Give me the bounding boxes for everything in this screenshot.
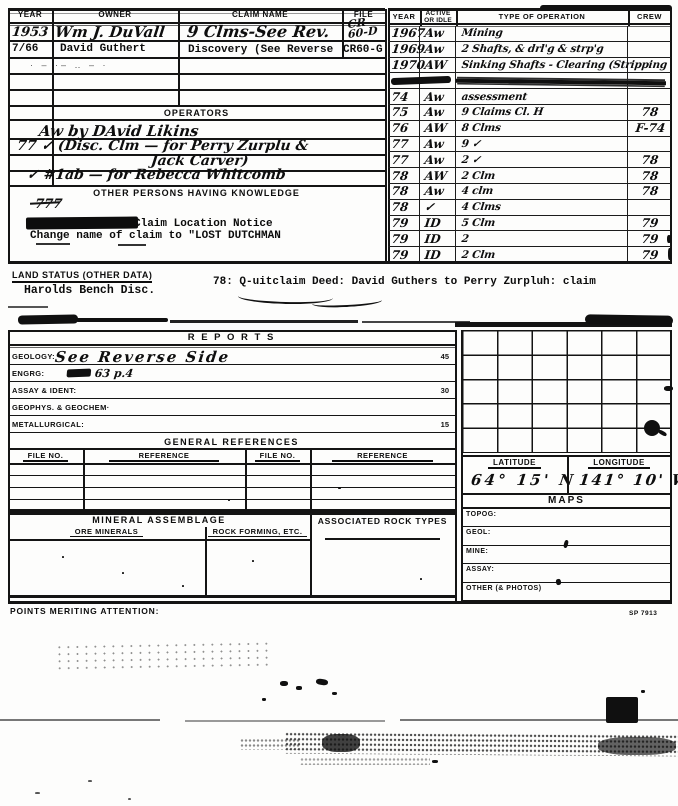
maps-row-label: ASSAY:: [466, 566, 494, 573]
operation-row: 75 Aw 9 Claims Cl. H 78: [388, 105, 671, 121]
rule: [8, 448, 455, 450]
scan-smudge: [598, 737, 676, 755]
land-status-value: Harolds Bench Disc.: [24, 284, 155, 297]
report-row: GEOLOGY: See Reverse Side 45: [8, 348, 455, 365]
operations-rows: 1967 Aw Mining 1969 Aw 2 Shafts, & drl'g…: [388, 26, 671, 263]
status-cell: Aw: [424, 155, 444, 165]
speck: [338, 487, 341, 489]
column-divider: [420, 9, 422, 26]
crew-cell: 78: [641, 107, 659, 117]
status-cell: AW: [424, 171, 447, 181]
maps-row: ASSAY:: [462, 564, 671, 582]
speck: [641, 690, 645, 693]
scan-speckle-band: [240, 738, 300, 750]
land-status-note: 78: Q-uitclaim Deed: David Guthers to Pe…: [213, 276, 596, 288]
table-border: [385, 9, 387, 262]
year-cell: 1969: [391, 44, 426, 54]
rock-forming-text: ROCK FORMING, ETC.: [208, 527, 308, 537]
scan-smudge: [332, 692, 337, 695]
latitude-label: LATITUDE: [462, 458, 567, 469]
operation-row: 76 AW 8 Clms F-74: [388, 121, 671, 137]
scan-smudge: [316, 678, 329, 686]
other-persons-title: OTHER PERSONS HAVING KNOWLEDGE: [8, 188, 385, 198]
operation-cell: 2: [461, 234, 469, 244]
scan-mark: [36, 243, 70, 245]
black-square-artifact: [606, 697, 638, 723]
operation-cell: 9 ✓: [461, 139, 481, 149]
column-divider: [310, 513, 312, 596]
claim-row-file: CR 60-D: [348, 16, 379, 40]
genref-header-reference: REFERENCE: [310, 451, 455, 462]
status-cell: Aw: [424, 92, 444, 102]
operation-row: [388, 73, 671, 89]
ore-minerals-header: ORE MINERALS: [8, 527, 205, 537]
rule: [8, 119, 385, 121]
operation-row: 78 ✓ 4 Clms: [388, 200, 671, 216]
report-value: See Reverse Side: [54, 348, 231, 366]
crew-cell: 79: [641, 234, 659, 244]
year-cell: 1967: [391, 28, 426, 38]
margin-number: 30: [441, 386, 449, 395]
operation-row: 1970 AW Sinking Shafts - Clearing (Strip…: [388, 58, 671, 74]
column-divider: [342, 9, 344, 57]
longitude-label: LONGITUDE: [567, 458, 671, 469]
reports-rows: GEOLOGY: See Reverse Side 45 ENGRG: 63 p…: [8, 348, 455, 433]
claim-table-header-owner: OWNER: [52, 10, 178, 19]
column-divider: [567, 456, 569, 493]
operation-cell: 5 Clm: [461, 218, 496, 228]
rule: [8, 40, 385, 42]
rename-claim-line: Change name of claim to "LOST DUTCHMAN: [30, 230, 281, 242]
operation-row: 77 Aw 9 ✓: [388, 137, 671, 153]
report-row: METALLURGICAL: 15: [8, 416, 455, 433]
operations-header-status: ACTIVE OR IDLE: [420, 10, 456, 24]
year-cell: 1970: [391, 60, 426, 70]
crew-cell: 79: [641, 218, 659, 228]
claim-row-year: 7/66: [12, 43, 38, 55]
operation-cell: 4 clm: [461, 186, 494, 196]
form-number: SP 7913: [629, 610, 657, 617]
crew-cell: 78: [641, 186, 659, 196]
scan-smudge: [296, 686, 302, 690]
scan-smudge: [585, 314, 673, 326]
operation-row: 79 ID 2 79: [388, 231, 671, 247]
report-row: ENGRG: 63 p.4: [8, 365, 455, 382]
speck: [62, 556, 64, 558]
crew-cell: 78: [641, 171, 659, 181]
scan-smudge: [76, 318, 168, 322]
reports-title: R E P O R T S: [8, 332, 455, 343]
scan-line: [0, 719, 160, 721]
scan-mark: [118, 244, 146, 246]
genref-header-text: REFERENCE: [332, 451, 433, 462]
speck: [35, 792, 40, 794]
year-cell: 78: [391, 171, 409, 181]
speck: [228, 499, 230, 501]
year-cell: 78: [391, 202, 409, 212]
operators-line: ✓ #1ab — for Rebecca Whitcomb: [26, 167, 287, 183]
latitude-value: 64° 15' N: [470, 471, 577, 489]
claim-row-file: CR60-G: [343, 44, 383, 56]
report-label: ASSAY & IDENT:: [12, 386, 76, 395]
rule: [8, 185, 385, 187]
report-label: METALLURGICAL:: [12, 420, 84, 429]
genref-header-reference: REFERENCE: [83, 451, 245, 462]
operation-cell: 9 Claims Cl. H: [461, 107, 544, 117]
speck: [432, 760, 438, 763]
genref-header-text: FILE NO.: [23, 451, 69, 462]
scan-speckle: [300, 757, 430, 765]
maps-row-label: GEOL:: [466, 529, 491, 536]
status-cell: ✓: [424, 202, 435, 212]
speck: [420, 578, 422, 580]
claim-row-owner: Wm J. DuVall: [54, 23, 166, 41]
year-cell: 79: [391, 250, 409, 260]
column-divider: [83, 449, 85, 510]
report-label: ENGRG:: [12, 369, 44, 378]
operation-cell: assessment: [461, 92, 528, 102]
operation-cell: Mining: [461, 28, 503, 38]
operations-header-operation: TYPE OF OPERATION: [456, 12, 628, 21]
year-cell: 76: [391, 123, 409, 133]
report-label: GEOLOGY:: [12, 352, 55, 361]
scan-smudge: [540, 5, 672, 11]
operation-row: 78 AW 2 Clm 78: [388, 168, 671, 184]
operation-cell: Sinking Shafts - Clearing (Stripping: [461, 60, 668, 70]
general-references-title: GENERAL REFERENCES: [8, 437, 455, 447]
operation-row: 1969 Aw 2 Shafts, & drl'g & strp'g: [388, 42, 671, 58]
speck: [122, 572, 124, 574]
box-border: [455, 330, 457, 601]
maps-row: TOPOG:: [462, 509, 671, 527]
rule: [8, 499, 455, 500]
claim-table-header-year: YEAR: [8, 10, 52, 19]
claim-table-header-claim-name: CLAIM NAME: [178, 10, 342, 19]
crew-cell: F-74: [635, 123, 666, 133]
column-divider: [628, 9, 630, 26]
pencil-mark: [556, 579, 562, 586]
year-cell: 78: [391, 186, 409, 196]
scan-smudge: [280, 681, 288, 686]
scan-smudge: [322, 734, 360, 752]
crew-cell: 79: [641, 250, 659, 260]
scan-mark: [667, 235, 671, 243]
status-cell: ID: [424, 250, 441, 260]
operation-row: 77 Aw 2 ✓ 78: [388, 152, 671, 168]
maps-title: MAPS: [462, 495, 671, 506]
maps-row: OTHER (& PHOTOS): [462, 583, 671, 601]
year-cell: 77: [391, 139, 409, 149]
operations-header-year: YEAR: [388, 12, 420, 21]
crew-cell: 78: [641, 155, 659, 165]
claim-row-owner: David Guthert: [60, 43, 146, 55]
operation-row: 78 Aw 4 clm 78: [388, 184, 671, 200]
scan-mark: [668, 248, 671, 260]
status-cell: Aw: [424, 186, 444, 196]
box-border: [8, 330, 10, 601]
table-border: [8, 9, 10, 262]
scan-smudge: [170, 320, 358, 323]
rule: [8, 73, 385, 75]
column-divider: [245, 449, 247, 510]
margin-number: 45: [441, 352, 449, 361]
maps-rows: TOPOG: GEOL: MINE: ASSAY: OTHER (& PHOTO…: [462, 509, 671, 601]
operators-title: OPERATORS: [8, 108, 385, 118]
rule: [8, 344, 455, 346]
claim-row-year: 1953: [11, 25, 49, 40]
report-label: GEOPHYS. & GEOCHEM·: [12, 403, 110, 412]
status-cell: Aw: [424, 44, 444, 54]
operation-cell: 4 Clms: [461, 202, 501, 212]
margin-number: 15: [441, 420, 449, 429]
year-cell: 77: [391, 155, 409, 165]
rule: [8, 463, 455, 465]
speck: [88, 780, 92, 782]
rule: [8, 601, 672, 604]
faint-marks: · – ·– ‥ – ·: [30, 60, 109, 71]
operations-header-crew: CREW: [628, 12, 671, 21]
year-cell: 79: [391, 218, 409, 228]
blank-coordinate-grid: [462, 330, 672, 453]
rule: [8, 89, 385, 91]
points-meriting-attention-label: POINTS MERITING ATTENTION:: [10, 606, 159, 616]
column-divider: [310, 449, 312, 510]
scan-speckle: [55, 640, 270, 670]
speck: [182, 585, 184, 587]
rule: [8, 595, 455, 598]
ink-blob: [644, 420, 660, 436]
scan-line: [185, 720, 385, 722]
rock-forming-header: ROCK FORMING, ETC.: [205, 527, 310, 537]
status-cell: Aw: [424, 107, 444, 117]
status-cell: ID: [424, 218, 441, 228]
associated-rock-types-title: ASSOCIATED ROCK TYPES: [310, 516, 455, 526]
mining-claim-record-card: YEAR OWNER CLAIM NAME FILE 1953 Wm J. Du…: [0, 0, 678, 806]
rule: [8, 57, 385, 59]
operation-cell: 2 ✓: [461, 155, 481, 165]
operation-cell: 2 Clm: [461, 171, 496, 181]
year-cell: 75: [391, 107, 409, 117]
redaction-smudge: [26, 217, 138, 230]
status-cell: AW: [424, 60, 447, 70]
status-cell: Aw: [424, 28, 444, 38]
genref-header-file-no: FILE NO.: [8, 451, 83, 462]
land-status-label: LAND STATUS (OTHER DATA): [12, 270, 152, 283]
speck: [252, 560, 254, 562]
status-cell: Aw: [424, 139, 444, 149]
latitude-label-text: LATITUDE: [488, 458, 541, 469]
rule: [8, 475, 455, 476]
scan-mark: [8, 306, 48, 308]
status-cell: ID: [424, 234, 441, 244]
mineral-assemblage-title: MINERAL ASSEMBLAGE: [8, 515, 310, 525]
claim-row-claim-name: Discovery (See Reverse: [188, 44, 333, 56]
genref-header-text: REFERENCE: [109, 451, 220, 462]
column-divider: [205, 527, 207, 596]
operation-cell: 8 Clms: [461, 123, 501, 133]
column-divider: [456, 9, 458, 26]
report-row: ASSAY & IDENT: 30: [8, 382, 455, 399]
ore-minerals-text: ORE MINERALS: [70, 527, 144, 537]
maps-row-label: MINE:: [466, 548, 488, 555]
operation-cell: 2 Shafts, & drl'g & strp'g: [461, 44, 604, 54]
scan-smudge: [362, 321, 470, 323]
rule: [325, 538, 440, 540]
scan-mark: [664, 386, 673, 391]
year-cell: 74: [391, 92, 409, 102]
maps-row-label: OTHER (& PHOTOS): [466, 585, 542, 592]
status-cell: AW: [424, 123, 447, 133]
claim-row-claim-name: 9 Clms-See Rev.: [186, 22, 331, 41]
location-notice-line: Claim Location Notice: [134, 218, 273, 230]
operators-line: 77 ✓ (Disc. Clm — for Perry Zurplu &: [16, 138, 309, 154]
genref-header-file-no: FILE NO.: [245, 451, 310, 462]
operation-row: 74 Aw assessment: [388, 89, 671, 105]
rule: [8, 261, 672, 264]
rule: [8, 105, 385, 107]
maps-row-label: TOPOG:: [466, 511, 496, 518]
longitude-value: 141° 10' W: [578, 471, 678, 489]
maps-row: MINE:: [462, 546, 671, 564]
longitude-label-text: LONGITUDE: [588, 458, 650, 469]
year-cell: 79: [391, 234, 409, 244]
report-row: GEOPHYS. & GEOCHEM·: [8, 399, 455, 416]
report-value: 63 p.4: [66, 367, 134, 380]
operation-row: 1967 Aw Mining: [388, 26, 671, 42]
scan-smudge: [18, 314, 78, 324]
column-divider: [178, 9, 180, 105]
rule: [8, 539, 310, 541]
rule: [8, 487, 455, 488]
genref-header-text: FILE NO.: [255, 451, 301, 462]
operation-row: 79 ID 5 Clm 79: [388, 216, 671, 232]
operation-cell: 2 Clm: [461, 250, 496, 260]
scan-smudge: [262, 698, 266, 701]
speck: [128, 798, 131, 800]
other-persons-note: 777: [34, 197, 63, 212]
column-divider: [52, 9, 54, 185]
